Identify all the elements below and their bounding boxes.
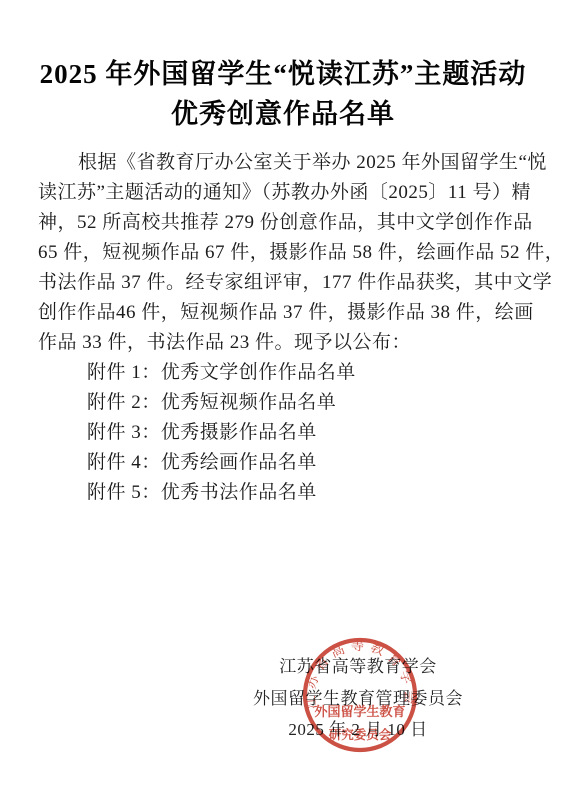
body-line-4: 65 件，短视频作品 67 件，摄影作品 58 件，绘画作品 52 件，: [38, 238, 542, 268]
attachment-item-5: 附件 5：优秀书法作品名单: [38, 478, 542, 508]
signature-date: 2025 年 2 月 10 日: [240, 714, 476, 746]
document-body-paragraph: 根据《省教育厅办公室关于举办 2025 年外国留学生“悦 读江苏”主题活动的通知…: [38, 148, 542, 358]
attachment-item-3: 附件 3：优秀摄影作品名单: [38, 418, 542, 448]
body-line-2: 读江苏”主题活动的通知》（苏教办外函〔2025〕11 号）精: [38, 178, 542, 208]
attachment-list: 附件 1：优秀文学创作作品名单 附件 2：优秀短视频作品名单 附件 3：优秀摄影…: [38, 358, 542, 508]
attachment-item-2: 附件 2：优秀短视频作品名单: [38, 388, 542, 418]
attachment-item-1: 附件 1：优秀文学创作作品名单: [38, 358, 542, 388]
document-page: 2025 年外国留学生“悦读江苏”主题活动 优秀创意作品名单 根据《省教育厅办公…: [0, 0, 566, 809]
title-line-2: 优秀创意作品名单: [0, 94, 566, 134]
body-line-1: 根据《省教育厅办公室关于举办 2025 年外国留学生“悦: [38, 148, 542, 178]
document-title: 2025 年外国留学生“悦读江苏”主题活动 优秀创意作品名单: [0, 0, 566, 134]
body-line-6: 创作作品46 件，短视频作品 37 件，摄影作品 38 件，绘画: [38, 298, 542, 328]
signature-org-line-1: 江苏省高等教育学会: [240, 651, 476, 683]
body-line-3: 神，52 所高校共推荐 279 份创意作品，其中文学创作作品: [38, 208, 542, 238]
title-line-1: 2025 年外国留学生“悦读江苏”主题活动: [0, 54, 566, 94]
body-line-5: 书法作品 37 件。经专家组评审，177 件作品获奖，其中文学: [38, 268, 542, 298]
signature-block: 江苏省高等教育学会 外国留学生教育管理委员会 2025 年 2 月 10 日: [240, 651, 476, 746]
attachment-item-4: 附件 4：优秀绘画作品名单: [38, 448, 542, 478]
signature-org-line-2: 外国留学生教育管理委员会: [240, 683, 476, 715]
body-line-7: 作品 33 件，书法作品 23 件。现予以公布：: [38, 328, 542, 358]
